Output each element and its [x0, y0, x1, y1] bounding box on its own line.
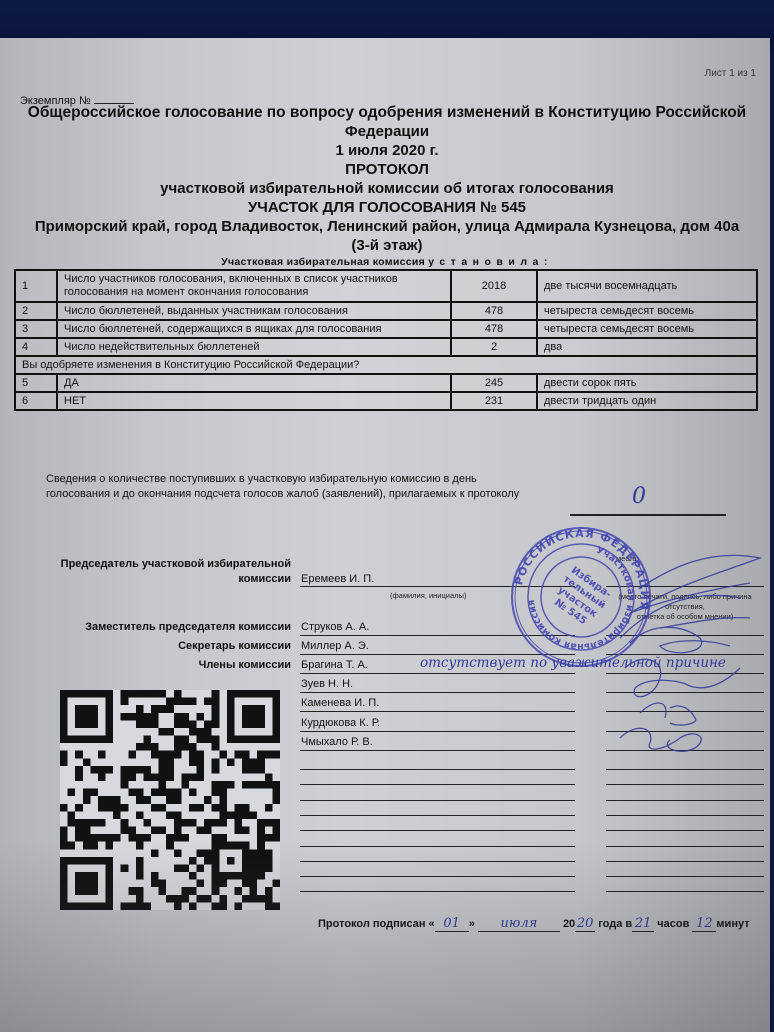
precinct-number: УЧАСТОК ДЛЯ ГОЛОСОВАНИЯ № 545	[0, 198, 774, 217]
cell-label: НЕТ	[57, 392, 451, 410]
table-row: 3Число бюллетеней, содержащихся в ящиках…	[15, 320, 757, 338]
member-name-line	[300, 731, 575, 732]
cell-label: Число бюллетеней, содержащихся в ящиках …	[57, 320, 451, 338]
cell-num: 4	[15, 338, 57, 356]
table-row: 6НЕТ231двести тридцать один	[15, 392, 757, 410]
signed-year: 20	[575, 916, 595, 932]
document-date: 1 июля 2020 г.	[0, 141, 774, 160]
cell-words: два	[537, 338, 757, 356]
blank-name-line	[300, 846, 575, 847]
complaints-text: Сведения о количестве поступивших в учас…	[46, 472, 526, 502]
blank-name-line	[300, 815, 575, 816]
protocol-sheet: Лист 1 из 1 Экземпляр № Общероссийское г…	[0, 38, 770, 1032]
blank-signature-line	[606, 846, 764, 847]
protocol-signed: Протокол подписан «01» июля 2020 года в2…	[318, 916, 750, 932]
signed-month: июля	[478, 916, 560, 932]
cell-label: Число недействительных бюллетеней	[57, 338, 451, 356]
member-name-line	[300, 692, 575, 693]
protocol-subtitle: участковой избирательной комиссии об ито…	[0, 179, 774, 198]
member-name-line	[300, 750, 575, 751]
cell-label: ДА	[57, 374, 451, 392]
question-row: Вы одобряете изменения в Конституцию Рос…	[15, 356, 757, 374]
table-row: 2Число бюллетеней, выданных участникам г…	[15, 302, 757, 320]
deputy-name: Струков А. А.	[301, 621, 369, 633]
member-name: Курдюкова К. Р.	[301, 717, 380, 729]
blank-name-line	[300, 800, 575, 801]
protocol-heading: ПРОТОКОЛ	[0, 160, 774, 179]
precinct-address: Приморский край, город Владивосток, Лени…	[0, 217, 774, 236]
table-row: 4Число недействительных бюллетеней2два	[15, 338, 757, 356]
cell-words: двести тридцать один	[537, 392, 757, 410]
member-name-line	[300, 673, 575, 674]
cell-num: 5	[15, 374, 57, 392]
members-role: Члены комиссии	[46, 659, 291, 671]
title-line-2: Федерации	[0, 122, 774, 141]
document-header: Общероссийское голосование по вопросу од…	[0, 103, 774, 255]
blank-name-line	[300, 891, 575, 892]
cell-value: 2018	[451, 270, 537, 302]
blank-signature-line	[606, 891, 764, 892]
cell-words: четыреста семьдесят восемь	[537, 302, 757, 320]
title-line-1: Общероссийское голосование по вопросу од…	[0, 103, 774, 122]
cell-value: 2	[451, 338, 537, 356]
blank-name-line	[300, 769, 575, 770]
cell-num: 1	[15, 270, 57, 302]
name-caption: (фамилия, инициалы)	[390, 591, 466, 600]
secretary-name: Миллер А. Э.	[301, 640, 369, 652]
table-row: 5ДА245двести сорок пять	[15, 374, 757, 392]
results-table: 1Число участников голосования, включенны…	[14, 269, 758, 411]
cell-words: две тысячи восемнадцать	[537, 270, 757, 302]
blank-signature-line	[606, 830, 764, 831]
chair-role-line-2: комиссии	[46, 573, 291, 585]
chair-role-line-1: Председатель участковой избирательной	[46, 558, 291, 570]
blank-signature-line	[606, 815, 764, 816]
cell-words: четыреста семьдесят восемь	[537, 320, 757, 338]
complaints-line	[570, 514, 726, 516]
sheet-number: Лист 1 из 1	[705, 68, 756, 79]
signed-day: 01	[435, 916, 469, 932]
deputy-role: Заместитель председателя комиссии	[46, 621, 291, 633]
cell-value: 478	[451, 302, 537, 320]
blank-signature-line	[606, 876, 764, 877]
signed-minute: 12	[692, 916, 716, 932]
precinct-floor: (3-й этаж)	[0, 236, 774, 255]
handwritten-signatures	[600, 528, 770, 758]
signed-hour: 21	[632, 916, 654, 932]
blank-name-line	[300, 784, 575, 785]
blank-name-line	[300, 876, 575, 877]
blank-signature-line	[606, 800, 764, 801]
cell-label: Число бюллетеней, выданных участникам го…	[57, 302, 451, 320]
cell-words: двести сорок пять	[537, 374, 757, 392]
cell-value: 245	[451, 374, 537, 392]
qr-code	[60, 690, 280, 910]
cell-num: 6	[15, 392, 57, 410]
chair-name: Еремеев И. П.	[301, 573, 374, 585]
blank-name-line	[300, 861, 575, 862]
complaints-count: 0	[632, 484, 646, 509]
blank-signature-line	[606, 784, 764, 785]
member-name-line	[300, 711, 575, 712]
blank-signature-line	[606, 769, 764, 770]
member-name: Зуев Н. Н.	[301, 678, 353, 690]
cell-num: 3	[15, 320, 57, 338]
cell-label: Число участников голосования, включенных…	[57, 270, 451, 302]
blank-name-line	[300, 830, 575, 831]
cell-num: 2	[15, 302, 57, 320]
blank-signature-line	[606, 861, 764, 862]
cell-value: 231	[451, 392, 537, 410]
member-name: Чмыхало Р. В.	[301, 736, 373, 748]
member-name: Каменева И. П.	[301, 697, 379, 709]
table-row: 1Число участников голосования, включенны…	[15, 270, 757, 302]
established-heading: Участковая избирательная комиссия устано…	[0, 256, 774, 268]
question-text: Вы одобряете изменения в Конституцию Рос…	[15, 356, 757, 374]
member-name: Брагина Т. А.	[301, 659, 368, 671]
cell-value: 478	[451, 320, 537, 338]
secretary-role: Секретарь комиссии	[46, 640, 291, 652]
